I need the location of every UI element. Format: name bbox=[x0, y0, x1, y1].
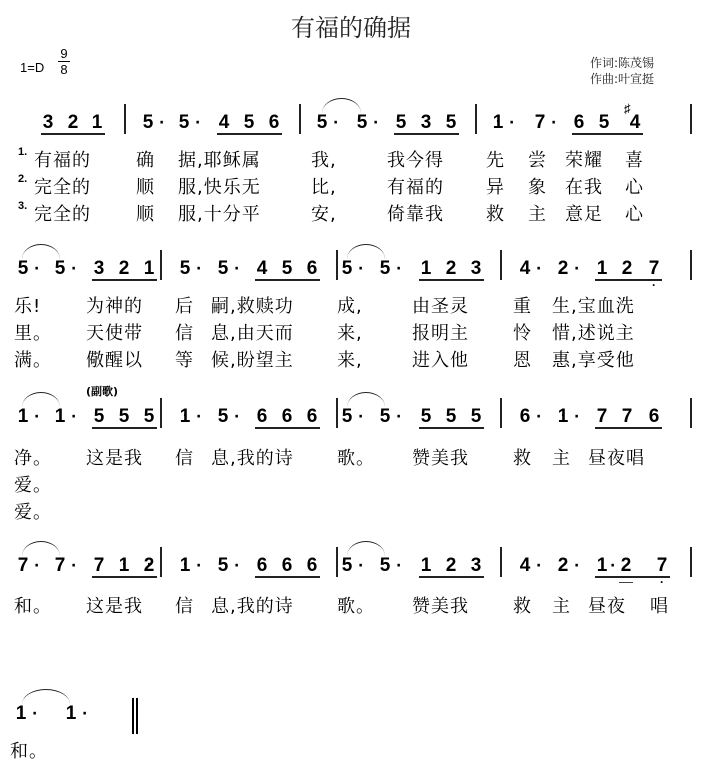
lyric-syllable: 爱。 bbox=[14, 502, 52, 524]
jianpu-note: 2 bbox=[620, 258, 634, 280]
slur-tie bbox=[347, 392, 385, 407]
augmentation-dot: · bbox=[34, 258, 39, 280]
beam-underline bbox=[217, 133, 282, 135]
slur-tie bbox=[22, 392, 60, 407]
lyric-syllable: 有福的 bbox=[34, 150, 91, 172]
jianpu-note: 6 bbox=[255, 555, 269, 577]
jianpu-note: 7 bbox=[53, 555, 67, 577]
jianpu-note: 5 bbox=[280, 258, 294, 280]
jianpu-note: 1 bbox=[595, 258, 609, 280]
augmentation-dot: · bbox=[71, 406, 76, 428]
beam-underline bbox=[595, 279, 662, 281]
jianpu-note: 1. bbox=[556, 406, 570, 428]
jianpu-note: 7. bbox=[655, 555, 669, 577]
verse-number: 3. bbox=[18, 200, 27, 212]
jianpu-note: 1 bbox=[16, 406, 30, 428]
final-barline bbox=[136, 698, 138, 734]
augmentation-dot: · bbox=[32, 703, 37, 725]
lyric-syllable: 里。 bbox=[14, 323, 52, 345]
jianpu-note: 5 bbox=[340, 406, 354, 428]
jianpu-note: 5 bbox=[340, 258, 354, 280]
slur-tie bbox=[322, 98, 361, 113]
slur-tie bbox=[22, 689, 70, 704]
beam-underline bbox=[255, 279, 320, 281]
lyric-syllable: 为神的 bbox=[86, 296, 143, 318]
lyric-syllable: 息,我的诗 bbox=[211, 596, 294, 618]
augmentation-dot: · bbox=[71, 258, 76, 280]
jianpu-note: 6 bbox=[572, 112, 586, 134]
jianpu-note: 3 bbox=[92, 258, 106, 280]
barline bbox=[299, 104, 301, 134]
lyric-syllable: 倚靠我 bbox=[387, 204, 444, 226]
song-title: 有福的确据 bbox=[0, 8, 702, 43]
jianpu-note: 5 bbox=[378, 406, 392, 428]
lyric-syllable: 顺 bbox=[136, 204, 155, 226]
beam-underline bbox=[92, 279, 157, 281]
beam-underline bbox=[92, 576, 157, 578]
jianpu-note: 7 bbox=[16, 555, 30, 577]
composer: 作曲:叶宣挺 bbox=[590, 71, 654, 87]
lyric-syllable: 息,由天而 bbox=[211, 323, 294, 345]
augmentation-dot: · bbox=[234, 555, 239, 577]
lyric-syllable: 信 bbox=[175, 323, 194, 345]
lyric-syllable: 儆醒以 bbox=[86, 350, 143, 372]
lyric-syllable: 心 bbox=[625, 204, 644, 226]
jianpu-note: 6 bbox=[647, 406, 661, 428]
jianpu-note: 1 bbox=[53, 406, 67, 428]
lyric-syllable: 怜 bbox=[513, 323, 532, 345]
augmentation-dot: · bbox=[536, 555, 541, 577]
jianpu-note: 3 bbox=[419, 112, 433, 134]
lyric-syllable: 救 bbox=[513, 448, 532, 470]
lyric-syllable: 完全的 bbox=[34, 177, 91, 199]
jianpu-note: 4 bbox=[518, 258, 532, 280]
lyric-syllable: 赞美我 bbox=[412, 448, 469, 470]
augmentation-dot: · bbox=[34, 406, 39, 428]
jianpu-note: 6 bbox=[255, 406, 269, 428]
jianpu-note: 4 bbox=[255, 258, 269, 280]
jianpu-note: 5 bbox=[92, 406, 106, 428]
high-octave-dot: . bbox=[561, 400, 565, 422]
lyric-syllable: 主 bbox=[528, 204, 547, 226]
jianpu-note: 1 bbox=[14, 703, 28, 725]
jianpu-note: 1. bbox=[178, 406, 192, 428]
augmentation-dot: · bbox=[234, 406, 239, 428]
verse-number: 2. bbox=[18, 173, 27, 185]
meter-bottom: 8 bbox=[60, 62, 67, 77]
lyric-syllable: 昼夜 bbox=[588, 596, 626, 618]
barline bbox=[690, 547, 692, 577]
barline bbox=[475, 104, 477, 134]
augmentation-dot: · bbox=[373, 112, 378, 134]
jianpu-note: 5 bbox=[141, 112, 155, 134]
lyric-syllable: 惜,述说主 bbox=[552, 323, 635, 345]
lyric-syllable: 据,耶稣属 bbox=[178, 150, 261, 172]
lyric-syllable: 服,十分平 bbox=[178, 204, 261, 226]
augmentation-dot: · bbox=[71, 555, 76, 577]
jianpu-note: 3 bbox=[469, 258, 483, 280]
jianpu-note: 1. bbox=[178, 555, 192, 577]
high-octave-dot: . bbox=[496, 106, 500, 128]
final-barline bbox=[132, 698, 134, 734]
lyric-syllable: 信 bbox=[175, 596, 194, 618]
jianpu-note: 4♯ bbox=[628, 112, 642, 134]
augmentation-dot: · bbox=[196, 406, 201, 428]
beam-underline bbox=[394, 133, 459, 135]
lyric-syllable: 昼夜唱 bbox=[588, 448, 645, 470]
jianpu-note: 6 bbox=[280, 406, 294, 428]
jianpu-note: 5 bbox=[216, 258, 230, 280]
lyric-syllable: 由圣灵 bbox=[412, 296, 469, 318]
verse-number: 1. bbox=[18, 146, 27, 158]
barline bbox=[690, 250, 692, 280]
lyric-syllable: 赞美我 bbox=[412, 596, 469, 618]
high-octave-dot: . bbox=[147, 549, 151, 571]
key-signature: 1=D bbox=[20, 60, 44, 75]
jianpu-note: 5 bbox=[355, 112, 369, 134]
jianpu-note: 5 bbox=[315, 112, 329, 134]
jianpu-note: 7 bbox=[595, 406, 609, 428]
jianpu-note: 3 bbox=[469, 555, 483, 577]
credits: 作词:陈茂锡 作曲:叶宣挺 bbox=[590, 55, 654, 87]
barline bbox=[500, 250, 502, 280]
beam-underline bbox=[255, 427, 320, 429]
sharp-accidental: ♯ bbox=[624, 98, 631, 120]
jianpu-note: 1 bbox=[595, 555, 609, 577]
augmentation-dot: · bbox=[536, 258, 541, 280]
slur-tie bbox=[22, 244, 60, 259]
lyric-syllable: 嗣,救赎功 bbox=[211, 296, 294, 318]
augmentation-dot: · bbox=[396, 258, 401, 280]
lyric-syllable: 主 bbox=[552, 448, 571, 470]
barline bbox=[336, 250, 338, 280]
augmentation-dot: · bbox=[574, 406, 579, 428]
barline bbox=[690, 398, 692, 428]
lyric-syllable: 荣耀 bbox=[565, 150, 603, 172]
lyric-syllable: 成, bbox=[337, 296, 363, 318]
augmentation-dot: · bbox=[358, 258, 363, 280]
barline bbox=[336, 547, 338, 577]
jianpu-note: 2 bbox=[444, 258, 458, 280]
lyric-syllable: 喜 bbox=[625, 150, 644, 172]
jianpu-note: 5 bbox=[597, 112, 611, 134]
lyric-syllable: 息,我的诗 bbox=[211, 448, 294, 470]
lyric-syllable: 天使带 bbox=[86, 323, 143, 345]
lyric-syllable: 后 bbox=[175, 296, 194, 318]
jianpu-note: 2 bbox=[444, 555, 458, 577]
jianpu-note: 1 bbox=[142, 258, 156, 280]
augmentation-dot: · bbox=[234, 258, 239, 280]
lyric-syllable: 服,快乐无 bbox=[178, 177, 261, 199]
jianpu-note: 5 bbox=[216, 555, 230, 577]
augmentation-dot: · bbox=[551, 112, 556, 134]
lyric-syllable: 我, bbox=[311, 150, 337, 172]
beam-underline bbox=[419, 279, 484, 281]
jianpu-note: 5 bbox=[117, 406, 131, 428]
jianpu-note: 5 bbox=[142, 406, 156, 428]
high-octave-dot: . bbox=[183, 549, 187, 571]
jianpu-note: 5 bbox=[242, 112, 256, 134]
augmentation-dot: · bbox=[159, 112, 164, 134]
jianpu-note: 6 bbox=[305, 406, 319, 428]
lyric-syllable: 先 bbox=[486, 150, 505, 172]
jianpu-note: 5 bbox=[444, 406, 458, 428]
jianpu-note: 6 bbox=[305, 258, 319, 280]
jianpu-note: 3 bbox=[41, 112, 55, 134]
lyric-syllable: 满。 bbox=[14, 350, 52, 372]
barline bbox=[160, 250, 162, 280]
lyric-syllable: 比, bbox=[311, 177, 337, 199]
jianpu-note: 1. bbox=[491, 112, 505, 134]
jianpu-note: 6 bbox=[267, 112, 281, 134]
jianpu-note: 6 bbox=[305, 555, 319, 577]
chorus-label: (副歌) bbox=[86, 383, 118, 399]
jianpu-note: 5 bbox=[216, 406, 230, 428]
jianpu-note: 2 bbox=[619, 555, 633, 577]
lyric-syllable: 生,宝血洗 bbox=[552, 296, 635, 318]
high-octave-dot: . bbox=[183, 400, 187, 422]
beam-underline bbox=[41, 133, 105, 135]
augmentation-dot: · bbox=[34, 555, 39, 577]
lyric-syllable: 来, bbox=[337, 350, 363, 372]
lyric-syllable: 主 bbox=[552, 596, 571, 618]
jianpu-note: 4 bbox=[518, 555, 532, 577]
beam-underline bbox=[419, 576, 484, 578]
lyric-syllable: 歌。 bbox=[337, 596, 375, 618]
lyric-syllable: 尝 bbox=[528, 150, 547, 172]
lyric-syllable: 恩 bbox=[513, 350, 532, 372]
augmentation-dot: · bbox=[358, 555, 363, 577]
jianpu-note: 5 bbox=[394, 112, 408, 134]
augmentation-dot: · bbox=[196, 555, 201, 577]
lyric-syllable: 重 bbox=[513, 296, 532, 318]
lyric-syllable: 净。 bbox=[14, 448, 52, 470]
lyric-syllable: 候,盼望主 bbox=[211, 350, 294, 372]
jianpu-note: 5 bbox=[378, 258, 392, 280]
augmentation-dot: · bbox=[82, 703, 87, 725]
jianpu-note: 6 bbox=[518, 406, 532, 428]
beam-underline bbox=[255, 576, 320, 578]
beam-underline bbox=[595, 427, 662, 429]
lyric-syllable: 完全的 bbox=[34, 204, 91, 226]
jianpu-note: 1 bbox=[90, 112, 104, 134]
beam-underline bbox=[419, 427, 484, 429]
jianpu-note: 1 bbox=[419, 555, 433, 577]
jianpu-note: 2 bbox=[556, 555, 570, 577]
lyric-syllable: 这是我 bbox=[86, 596, 143, 618]
lyric-syllable: 在我 bbox=[565, 177, 603, 199]
augmentation-dot: · bbox=[574, 258, 579, 280]
low-octave-dot: . bbox=[652, 271, 655, 293]
barline bbox=[690, 104, 692, 134]
jianpu-note: 7 bbox=[620, 406, 634, 428]
augmentation-dot: · bbox=[195, 112, 200, 134]
lyricist: 作词:陈茂锡 bbox=[590, 55, 654, 71]
lyric-syllable: 和。 bbox=[14, 596, 52, 618]
double-beam bbox=[619, 582, 633, 583]
barline bbox=[500, 398, 502, 428]
lyric-syllable: 有福的 bbox=[387, 177, 444, 199]
jianpu-note: 5 bbox=[378, 555, 392, 577]
barline bbox=[160, 398, 162, 428]
jianpu-note: 4 bbox=[217, 112, 231, 134]
jianpu-note: 5 bbox=[177, 112, 191, 134]
jianpu-note: 1 bbox=[64, 703, 78, 725]
lyric-syllable: 歌。 bbox=[337, 448, 375, 470]
slur-tie bbox=[347, 244, 385, 259]
jianpu-note: 2 bbox=[117, 258, 131, 280]
slur-tie bbox=[22, 541, 60, 556]
high-octave-dot: . bbox=[122, 549, 126, 571]
lyric-syllable: 象 bbox=[528, 177, 547, 199]
augmentation-dot: · bbox=[610, 555, 615, 577]
jianpu-note: 2 bbox=[556, 258, 570, 280]
jianpu-note: 5 bbox=[469, 406, 483, 428]
jianpu-note: 5 bbox=[419, 406, 433, 428]
augmentation-dot: · bbox=[396, 406, 401, 428]
lyric-syllable: 乐! bbox=[14, 296, 41, 318]
lyric-syllable: 意足 bbox=[565, 204, 603, 226]
jianpu-note: 7 bbox=[533, 112, 547, 134]
augmentation-dot: · bbox=[396, 555, 401, 577]
jianpu-note: 1. bbox=[117, 555, 131, 577]
time-signature: 9 8 bbox=[58, 46, 70, 77]
jianpu-note: 2 bbox=[66, 112, 80, 134]
barline bbox=[124, 104, 126, 134]
lyric-syllable: 等 bbox=[175, 350, 194, 372]
barline bbox=[160, 547, 162, 577]
jianpu-note: 7. bbox=[647, 258, 661, 280]
jianpu-note: 5 bbox=[16, 258, 30, 280]
barline bbox=[336, 398, 338, 428]
lyric-syllable: 信 bbox=[175, 448, 194, 470]
lyric-syllable: 唱 bbox=[650, 596, 669, 618]
jianpu-note: 2. bbox=[142, 555, 156, 577]
lyric-syllable: 这是我 bbox=[86, 448, 143, 470]
jianpu-note: 5 bbox=[53, 258, 67, 280]
barline bbox=[500, 547, 502, 577]
lyric-syllable: 来, bbox=[337, 323, 363, 345]
lyric-syllable: 和。 bbox=[10, 741, 48, 763]
augmentation-dot: · bbox=[509, 112, 514, 134]
lyric-syllable: 确 bbox=[136, 150, 155, 172]
jianpu-note: 5 bbox=[178, 258, 192, 280]
lyric-syllable: 异 bbox=[486, 177, 505, 199]
jianpu-note: 5 bbox=[444, 112, 458, 134]
lyric-syllable: 顺 bbox=[136, 177, 155, 199]
low-octave-dot: . bbox=[660, 568, 663, 590]
augmentation-dot: · bbox=[574, 555, 579, 577]
meter-top: 9 bbox=[58, 46, 70, 62]
augmentation-dot: · bbox=[358, 406, 363, 428]
lyric-syllable: 爱。 bbox=[14, 475, 52, 497]
lyric-syllable: 救 bbox=[486, 204, 505, 226]
beam-underline bbox=[595, 576, 670, 578]
beam-underline bbox=[92, 427, 157, 429]
jianpu-note: 6 bbox=[280, 555, 294, 577]
lyric-syllable: 救 bbox=[513, 596, 532, 618]
lyric-syllable: 报明主 bbox=[412, 323, 469, 345]
lyric-syllable: 我今得 bbox=[387, 150, 444, 172]
lyric-syllable: 安, bbox=[311, 204, 337, 226]
lyric-syllable: 惠,享受他 bbox=[552, 350, 635, 372]
augmentation-dot: · bbox=[333, 112, 338, 134]
lyric-syllable: 心 bbox=[625, 177, 644, 199]
augmentation-dot: · bbox=[536, 406, 541, 428]
slur-tie bbox=[347, 541, 385, 556]
jianpu-note: 5 bbox=[340, 555, 354, 577]
beam-underline bbox=[572, 133, 643, 135]
jianpu-note: 1 bbox=[419, 258, 433, 280]
jianpu-note: 7 bbox=[92, 555, 106, 577]
lyric-syllable: 进入他 bbox=[412, 350, 469, 372]
augmentation-dot: · bbox=[196, 258, 201, 280]
